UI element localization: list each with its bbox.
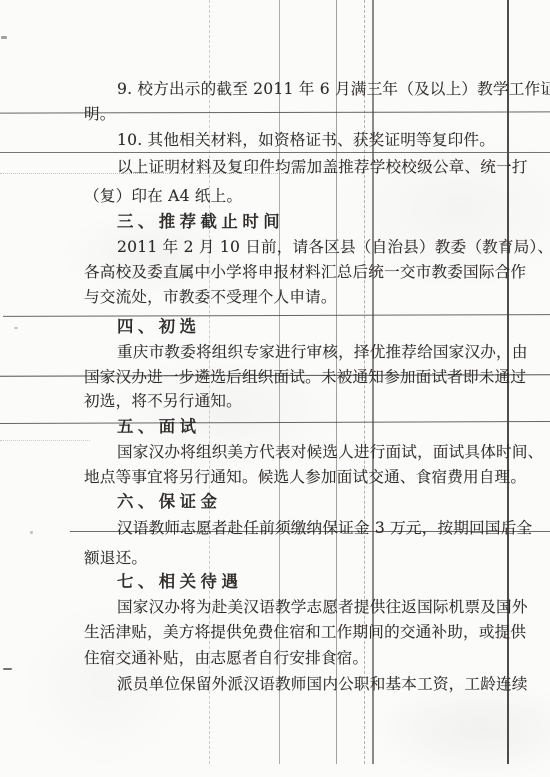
section-heading-interview: 五、面试 — [117, 417, 201, 437]
scan-speck — [1, 36, 7, 39]
section-heading-deadline: 三、推荐截止时间 — [117, 212, 284, 232]
scan-rule-line-2 — [0, 152, 550, 153]
section-heading-benefits: 七、相关待遇 — [117, 572, 242, 592]
doc-line: 明。 — [84, 104, 116, 124]
faint-dotted-line — [0, 440, 90, 441]
doc-line: 汉语教师志愿者赴任前须缴纳保证金 3 万元，按期回国后全 — [117, 518, 532, 538]
doc-line: 初选，将不另行通知。 — [84, 391, 242, 411]
doc-line: 与交流处，市教委不受理个人申请。 — [84, 287, 337, 307]
scanned-document-page: 9. 校方出示的截至 2011 年 6 月满三年（及以上）教学工作证 明。 10… — [0, 0, 550, 777]
section-heading-deposit: 六、保证金 — [117, 492, 221, 512]
doc-line: 9. 校方出示的截至 2011 年 6 月满三年（及以上）教学工作证 — [117, 79, 550, 99]
scan-rule-line-1 — [0, 111, 550, 113]
scan-speck — [14, 327, 18, 329]
section-heading-preliminary: 四、初选 — [117, 317, 201, 337]
doc-line: 国家汉办进一步遴选后组织面试。未被通知参加面试者即未通过 — [84, 367, 526, 387]
scan-speck — [30, 531, 33, 534]
doc-line: 生活津贴，美方将提供免费住宿和工作期间的交通补助，或提供 — [84, 622, 526, 642]
scan-rule-line-5 — [0, 421, 550, 424]
doc-line: （复）印在 A4 纸上。 — [84, 186, 242, 206]
doc-line: 重庆市教委将组织专家进行审核，择优推荐给国家汉办，由 — [117, 342, 528, 362]
doc-line: 派员单位保留外派汉语教师国内公职和基本工资，工龄连续 — [117, 674, 528, 694]
doc-line: 地点等事宜将另行通知。候选人参加面试交通、食宿费用自理。 — [84, 467, 526, 487]
doc-line: 10. 其他相关材料，如资格证书、获奖证明等复印件。 — [117, 130, 495, 150]
doc-line: 各高校及委直属中小学将申报材料汇总后统一交市教委国际合作 — [84, 262, 526, 282]
doc-line: 国家汉办将组织美方代表对候选人进行面试，面试具体时间、 — [117, 442, 543, 462]
doc-line: 国家汉办将为赴美汉语教学志愿者提供往返国际机票及国外 — [117, 597, 528, 617]
scan-smudge — [370, 680, 550, 777]
doc-line: 2011 年 2 月 10 日前，请各区县（自治县）教委（教育局）、 — [117, 237, 550, 257]
doc-line: 住宿交通补贴，由志愿者自行安排食宿。 — [84, 648, 368, 668]
scan-rule-line-3 — [3, 314, 550, 317]
doc-line: 额退还。 — [84, 548, 147, 568]
scan-speck — [3, 668, 12, 670]
doc-line: 以上证明材料及复印件均需加盖推荐学校校级公章、统一打 — [117, 157, 528, 177]
